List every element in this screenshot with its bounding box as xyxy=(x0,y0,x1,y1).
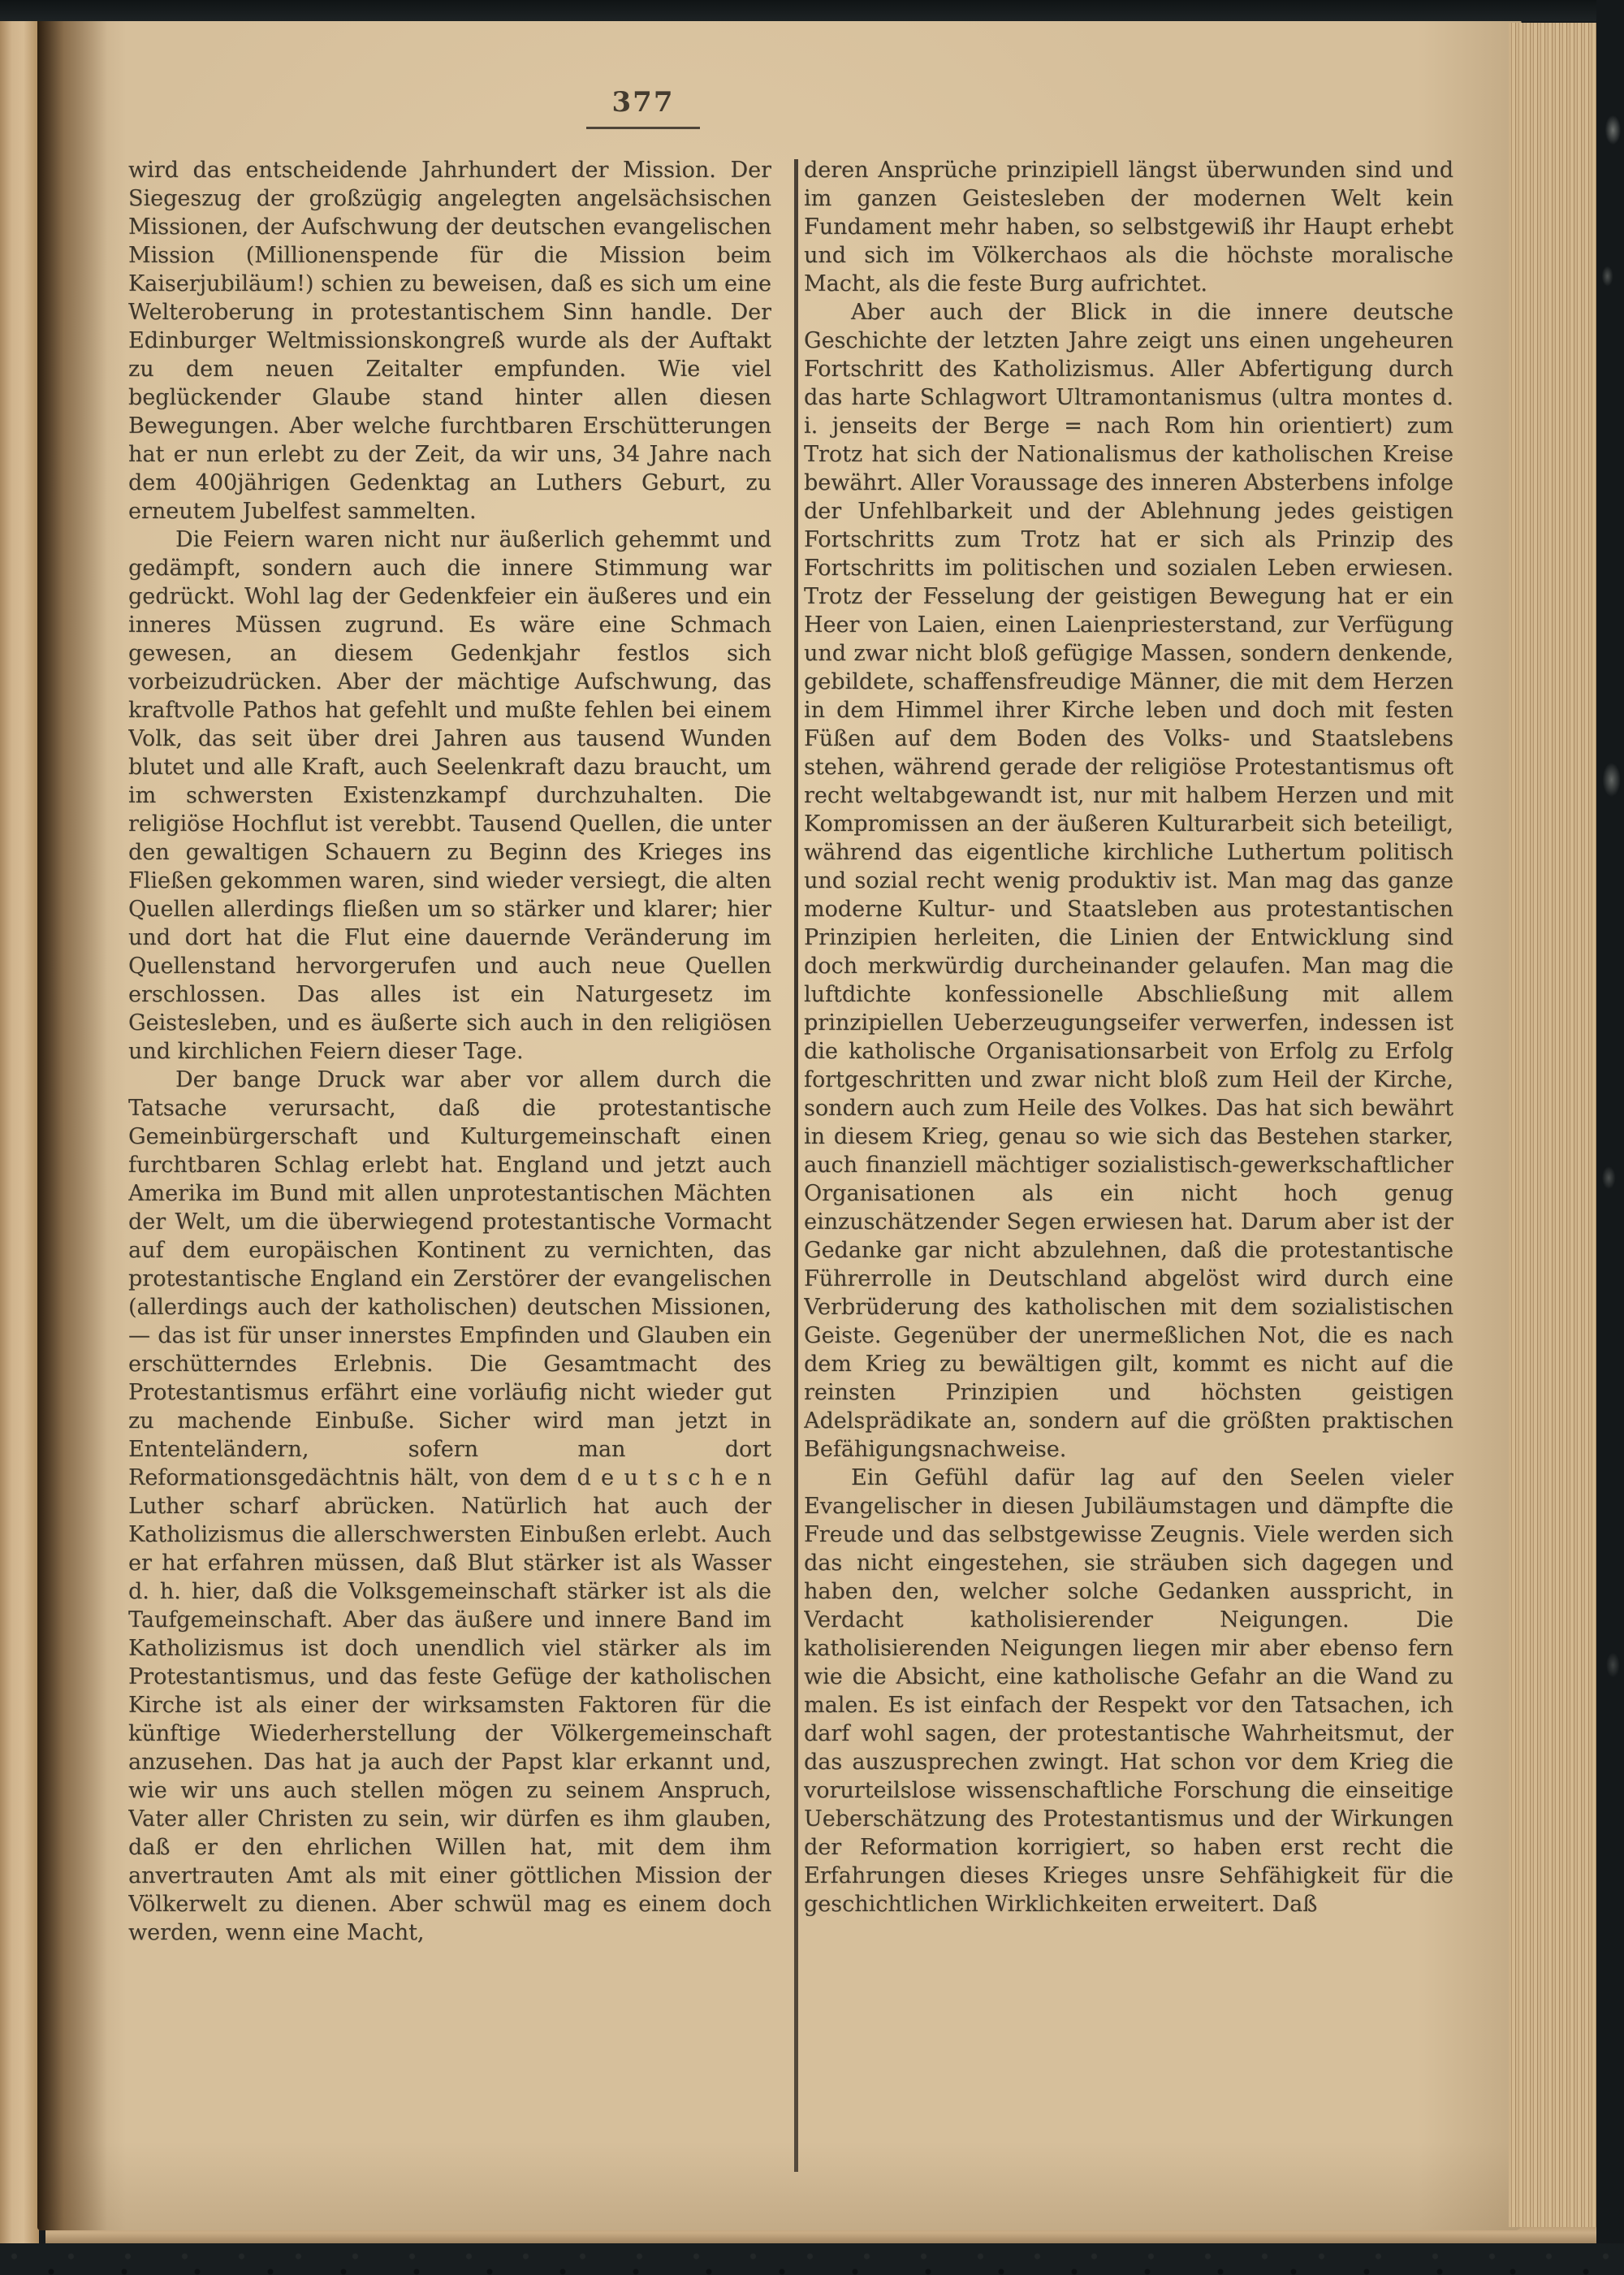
fore-edge-pages xyxy=(1509,23,1600,2227)
gutter-shadow xyxy=(37,16,107,2230)
paragraph: wird das entscheidende Jahrhundert der M… xyxy=(128,156,771,525)
facing-page-edge xyxy=(0,19,39,2245)
page-number: 377 xyxy=(586,86,700,129)
book-page: 377 wird das entscheidende Jahrhundert d… xyxy=(37,16,1522,2230)
paragraph: Die Feiern waren nicht nur äußerlich geh… xyxy=(128,525,771,1066)
paragraph: Der bange Druck war aber vor allem durch… xyxy=(128,1066,771,1947)
cover-top-edge xyxy=(0,0,1624,21)
paragraph: Aber auch der Blick in die innere deutsc… xyxy=(804,298,1453,1464)
text-column-right: deren Ansprüche prinzipiell längst überw… xyxy=(804,156,1453,2186)
paragraph: Ein Gefühl dafür lag auf den Seelen viel… xyxy=(804,1464,1453,1918)
column-divider-rule xyxy=(794,159,798,2172)
text-column-left: wird das entscheidende Jahrhundert der M… xyxy=(128,156,771,2097)
cover-right-edge xyxy=(1596,0,1624,2275)
paragraph: deren Ansprüche prinzipiell längst überw… xyxy=(804,156,1453,298)
cover-bottom-edge xyxy=(0,2243,1624,2275)
